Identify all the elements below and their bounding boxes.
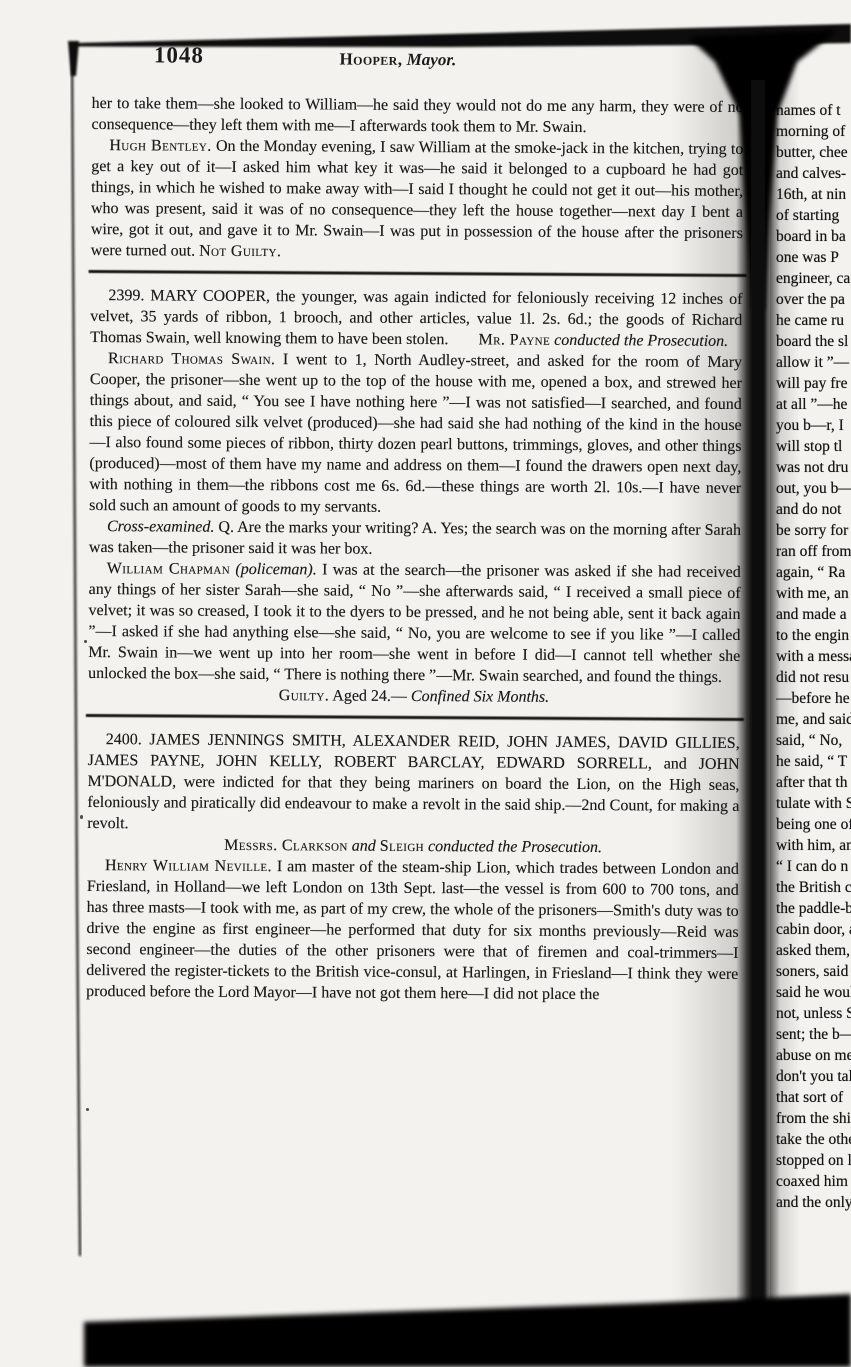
verdict-sentence: Confined Six Months. [411,688,549,706]
verdict-2399-line: Guilty. Aged 24.— Confined Six Months. [88,684,740,709]
right-page-line: coaxed him [776,1171,851,1192]
scan-left-corner [68,41,79,76]
left-page: 1048 Hooper, Mayor. her to take them—she… [86,42,744,1006]
right-page-line: he came ru [776,310,851,331]
right-page-line: cabin door, a [776,919,851,940]
right-page-line: and calves- [776,163,851,184]
right-page-line: was not dru [776,457,851,478]
right-page-line: he said, “ T [776,751,851,772]
scan-gutter-core [751,80,765,1302]
right-page-line: sent; the b— [776,1024,851,1045]
right-page-line: one was P [776,247,851,268]
left-page-body: her to take them—she looked to William—h… [86,93,744,1006]
right-page-line: with me, an [776,583,851,604]
counsel-2400-rest: conducted the Prosecution. [428,838,602,856]
right-page-line: and the only [776,1192,851,1213]
book-scan: 1048 Hooper, Mayor. her to take them—she… [0,0,851,1367]
right-page-line: and do not [776,499,851,520]
right-page-line: ran off from [776,541,851,562]
counsel-2400-name2: Sleigh [380,838,424,855]
witness-name-neville: Henry William Neville. [105,857,272,875]
case-2400-text: were indicted for that they being marine… [87,774,739,833]
case-2399-lead: 2399. MARY COOPER, [108,287,270,305]
right-page-line: tulate with S [776,793,851,814]
running-title: Hooper, Mayor. [92,48,704,72]
scan-speck [84,640,87,643]
right-page-line: stopped on l [776,1150,851,1171]
right-facing-page-fragment: names of tmorning ofbutter, cheeand calv… [776,100,851,1250]
right-page-line: “ I can do n [776,856,851,877]
right-page-line: allow it ”— [776,352,851,373]
counsel-2399-rest: conducted the Prosecution. [554,332,728,350]
running-title-name: Hooper, [339,50,402,69]
witness-name-swain: Richard Thomas Swain. [108,350,275,368]
section-rule-2 [86,714,744,721]
right-page-line: me, and said [776,709,851,730]
right-page-line: of starting [776,205,851,226]
cross-examined-label: Cross-examined. [107,518,214,536]
right-page-line: morning of [776,121,851,142]
right-page-line: board the sl [776,331,851,352]
testimony-chapman: William Chapman (policeman). I was at th… [88,558,741,688]
right-page-line: did not resu [776,667,851,688]
right-page-line: out, you b— [776,478,851,499]
scan-speck [86,1108,89,1111]
testimony-swain-text: I went to 1, North Audley-street, and as… [89,351,742,516]
counsel-2399-name: Mr. Payne [478,331,550,348]
right-page-line: over the pa [776,289,851,310]
right-page-line: don't you tal [776,1066,851,1087]
right-page-line: not, unless S [776,1003,851,1024]
right-page-line: said he woul [776,982,851,1003]
testimony-swain: Richard Thomas Swain. I went to 1, North… [89,348,742,520]
running-title-office: Mayor. [407,50,457,69]
section-rule-1 [89,270,747,277]
witness-name-chapman: William Chapman [107,560,230,578]
page-header: 1048 Hooper, Mayor. [92,42,744,92]
right-page-line: soners, said h [776,961,851,982]
right-page-line: names of t [776,100,851,121]
right-page-line: again, “ Ra [776,562,851,583]
scan-left-edge [72,44,80,1256]
right-page-line: will stop tl [776,436,851,457]
right-page-line: being one of [776,814,851,835]
right-page-line: with him, an [776,835,851,856]
paragraph-continuation: her to take them—she looked to William—h… [91,93,743,139]
cross-examination: Cross-examined. Q. Are the marks your wr… [89,516,741,562]
witness-role-chapman: (policeman). [235,561,316,578]
right-page-line: asked them, [776,940,851,961]
right-page-line: to the engin [776,625,851,646]
case-2400-indictment: 2400. JAMES JENNINGS SMITH, ALEXANDER RE… [87,729,740,838]
scan-bottom-edge [84,1294,851,1367]
right-page-line: with a messa [776,646,851,667]
right-page-line: the paddle-b [776,898,851,919]
right-page-line: said, “ No, [776,730,851,751]
verdict-not-guilty: Not Guilty. [199,243,281,261]
right-page-line: from the ship [776,1108,851,1129]
scan-speck [80,815,83,819]
testimony-chapman-text: I was at the search—the prisoner was ask… [88,561,741,685]
testimony-bentley: Hugh Bentley. On the Monday evening, I s… [91,135,744,265]
right-page-line: engineer, ca [776,268,851,289]
verdict-guilty: Guilty. [279,687,329,704]
counsel-2400-and: and [352,838,376,855]
right-page-line: 16th, at nin [776,184,851,205]
witness-name-bentley: Hugh Bentley. [109,137,211,155]
right-page-line: be sorry for [776,520,851,541]
verdict-age: Aged 24.— [332,687,407,704]
right-page-line: abuse on me, [776,1045,851,1066]
testimony-neville: Henry William Neville. I am master of th… [86,855,739,1006]
right-page-line: butter, chee [776,142,851,163]
right-page-line: take the othe [776,1129,851,1150]
right-page-line: will pay fre [776,373,851,394]
testimony-neville-text: I am master of the steam-ship Lion, whic… [86,858,739,1003]
right-page-line: that sort of [776,1087,851,1108]
testimony-bentley-text: On the Monday evening, I saw William at … [91,138,744,260]
right-page-line: the British c [776,877,851,898]
right-page-line: at all ”—he [776,394,851,415]
right-page-line: —before he [776,688,851,709]
right-page-line: and made a [776,604,851,625]
right-page-line: you b—r, I [776,415,851,436]
right-page-line: board in ba [776,226,851,247]
counsel-2400-prefix: Messrs. Clarkson [224,837,348,855]
right-page-line: after that th [776,772,851,793]
